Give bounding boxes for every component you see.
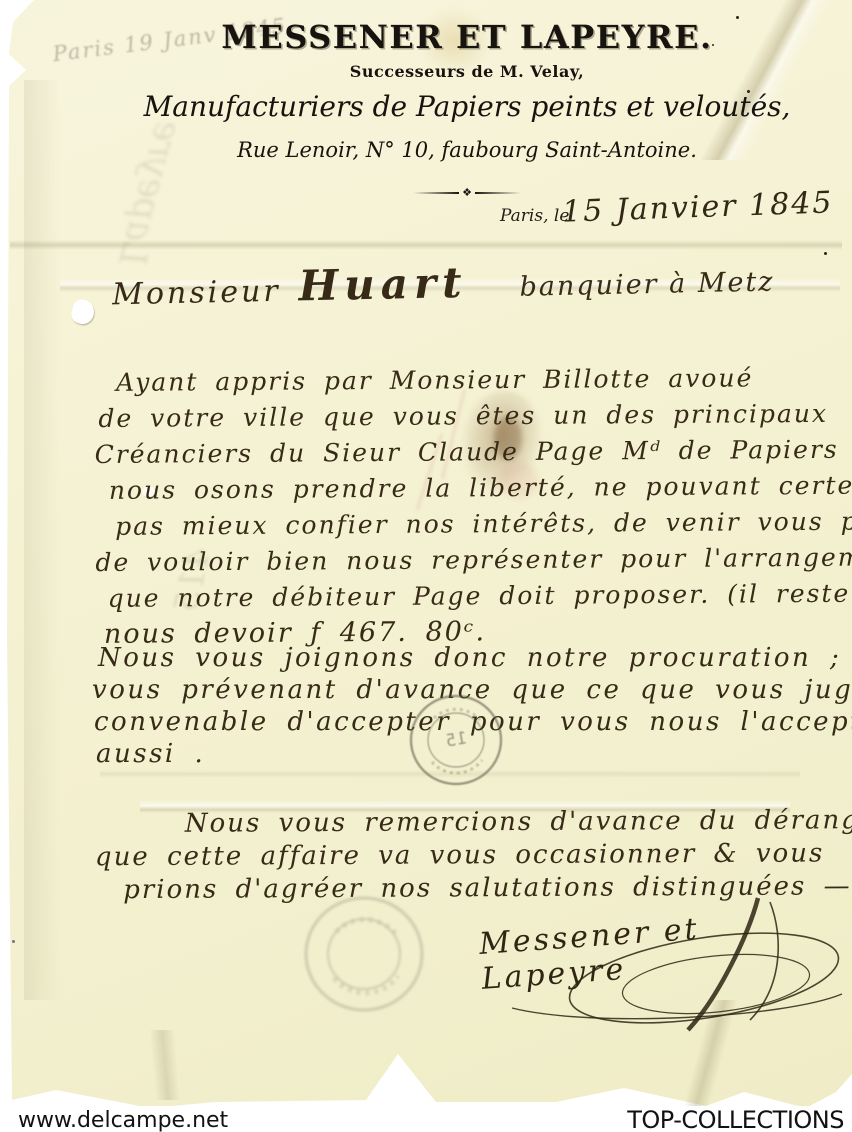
body-line: nous osons prendre la liberté, ne pouvan… xyxy=(109,467,852,509)
body-paragraph-1: Ayant appris par Monsieur Billotte avoué… xyxy=(94,359,852,653)
body-paragraph-closing: Nous vous remercions d'avance du dérange… xyxy=(95,804,852,907)
body-line: aussi . xyxy=(96,738,852,770)
letter-scan: Paris 19 Janv 1845 Lapeyre 415 MESSENER … xyxy=(0,0,852,1132)
body-line: que cette affaire va vous occasionner & … xyxy=(95,837,852,874)
body-line: de vouloir bien nous représenter pour l'… xyxy=(95,539,852,581)
body-line: Créanciers du Sieur Claude Page Mᵈ de Pa… xyxy=(95,431,852,473)
body-line: pas mieux confier nos intérêts, de venir… xyxy=(115,503,852,545)
body-line: que notre débiteur Page doit proposer. (… xyxy=(108,575,852,617)
dateline-printed-label: Paris, le xyxy=(500,206,569,226)
letterhead-business-line: Manufacturiers de Papiers peints et velo… xyxy=(41,90,852,123)
ink-speck xyxy=(12,940,15,943)
body-line: convenable d'accepter pour vous nous l'a… xyxy=(94,706,852,738)
divider-line-left xyxy=(413,192,459,194)
letterhead-successors-line: Successeurs de M. Velay, xyxy=(41,62,852,81)
divider-line-right xyxy=(475,192,521,194)
body-paragraph-2: Nous vous joignons donc notre procuratio… xyxy=(92,642,852,770)
watermark-site-right: TOP-COLLECTIONS xyxy=(627,1106,844,1132)
body-line: vous prévenant d'avance que ce que vous … xyxy=(92,674,852,706)
watermark-bar: www.delcampe.net TOP-COLLECTIONS xyxy=(0,1106,852,1132)
letterhead-address-line: Rue Lenoir, N° 10, faubourg Saint-Antoin… xyxy=(41,138,852,162)
letterhead-company-name: MESSENER ET LAPEYRE. xyxy=(41,18,852,56)
diamond-ornament-icon: ❖ xyxy=(462,186,472,199)
body-line: de votre ville que vous êtes un des prin… xyxy=(98,395,852,437)
body-line: Nous vous remercions d'avance du dérange… xyxy=(185,804,852,841)
signature-block: Messener et Lapeyre xyxy=(452,896,852,1042)
watermark-site-left: www.delcampe.net xyxy=(18,1108,228,1132)
recipient-name: Huart xyxy=(298,258,468,311)
recipient-description: banquier à Metz xyxy=(519,266,775,302)
body-line: Nous vous joignons donc notre procuratio… xyxy=(98,642,852,674)
ink-speck xyxy=(824,252,827,255)
body-line: Ayant appris par Monsieur Billotte avoué xyxy=(116,359,852,401)
recipient-title: Monsieur xyxy=(112,274,281,313)
